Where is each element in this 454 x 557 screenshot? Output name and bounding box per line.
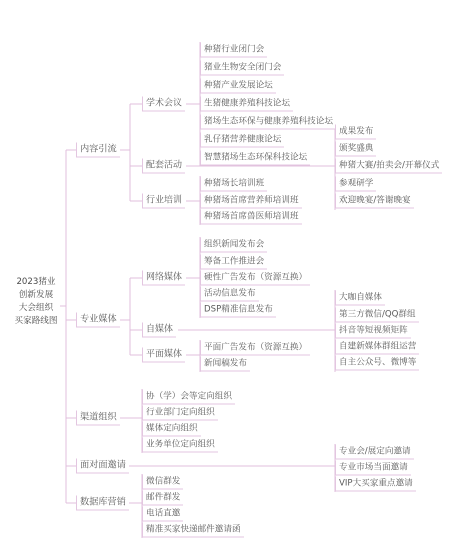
subbranch-print-media[interactable]: 平面媒体	[142, 348, 185, 363]
leaf-node[interactable]: 活动信息发布	[200, 287, 259, 302]
leaf-node[interactable]: 种猪行业闭门会	[200, 43, 267, 58]
subbranch-academic-conference[interactable]: 学术会议	[142, 97, 185, 112]
leaf-node[interactable]: 种猪产业发展论坛	[200, 79, 276, 94]
root-node: 2023猪业 创新发展 大会组织 买家路线图	[8, 276, 64, 328]
leaf-node[interactable]: 专业市场当面邀请	[335, 461, 411, 476]
leaf-node[interactable]: 平面广告发布（资源互换）	[200, 341, 310, 356]
leaf-node[interactable]: 精准买家快递邮件邀请函	[142, 523, 244, 538]
leaf-node[interactable]: 自建新媒体群组运营	[335, 340, 419, 355]
leaf-node[interactable]: 新闻稿发布	[200, 357, 250, 372]
leaf-node[interactable]: 种猪场首席营养师培训班	[200, 194, 302, 209]
branch-professional-media[interactable]: 专业媒体	[76, 313, 120, 328]
leaf-node[interactable]: 硬性广告发布（资源互换）	[200, 271, 310, 286]
branch-channel-organization[interactable]: 渠道组织	[76, 411, 120, 426]
branch-content-traffic[interactable]: 内容引流	[76, 143, 120, 158]
leaf-node[interactable]: VIP大买家重点邀请	[335, 477, 416, 492]
subbranch-online-media[interactable]: 网络媒体	[142, 271, 185, 286]
leaf-node[interactable]: 颁奖盛典	[335, 142, 376, 157]
leaf-node[interactable]: 参观研学	[335, 177, 376, 192]
leaf-node[interactable]: 业务单位定向组织	[142, 438, 218, 453]
mindmap-canvas: 2023猪业 创新发展 大会组织 买家路线图 内容引流 专业媒体 渠道组织 面对…	[0, 0, 454, 557]
root-line: 创新发展	[8, 289, 64, 302]
leaf-node[interactable]: 种猪大赛/拍卖会/开幕仪式	[335, 159, 442, 174]
leaf-node[interactable]: 邮件群发	[142, 491, 183, 506]
leaf-node[interactable]: 筹备工作推进会	[200, 255, 267, 270]
leaf-node[interactable]: 协（学）会等定向组织	[142, 390, 235, 405]
subbranch-self-media[interactable]: 自媒体	[142, 323, 176, 338]
leaf-node[interactable]: DSP精准信息发布	[200, 303, 276, 318]
leaf-node[interactable]: 智慧猪场生态环保科技论坛	[200, 151, 310, 166]
leaf-node[interactable]: 生猪健康养殖科技论坛	[200, 97, 293, 112]
leaf-node[interactable]: 微信群发	[142, 475, 183, 490]
root-line: 2023猪业	[8, 276, 64, 289]
root-line: 大会组织	[8, 302, 64, 315]
leaf-node[interactable]: 第三方微信/QQ群组	[335, 308, 419, 323]
leaf-node[interactable]: 猪业生物安全闭门会	[200, 61, 284, 76]
leaf-node[interactable]: 猪场生态环保与健康养殖科技论坛	[200, 115, 336, 130]
leaf-node[interactable]: 行业部门定向组织	[142, 406, 218, 421]
leaf-node[interactable]: 媒体定向组织	[142, 422, 201, 437]
leaf-node[interactable]: 抖音等短视频矩阵	[335, 324, 411, 339]
root-line: 买家路线图	[8, 315, 64, 328]
leaf-node[interactable]: 自主公众号、微博等	[335, 356, 419, 371]
leaf-node[interactable]: 电话直邀	[142, 507, 183, 522]
subbranch-industry-training[interactable]: 行业培训	[142, 194, 185, 209]
branch-face-to-face[interactable]: 面对面邀请	[76, 459, 129, 474]
leaf-node[interactable]: 成果发布	[335, 125, 376, 140]
leaf-node[interactable]: 乳仔猪营养健康论坛	[200, 133, 284, 148]
branch-database-marketing[interactable]: 数据库营销	[76, 496, 129, 511]
leaf-node[interactable]: 种猪场长培训班	[200, 177, 267, 192]
leaf-node[interactable]: 大咖自媒体	[335, 291, 385, 306]
leaf-node[interactable]: 组织新闻发布会	[200, 238, 267, 253]
leaf-node[interactable]: 种猪场首席兽医师培训班	[200, 210, 302, 225]
subbranch-supporting-activities[interactable]: 配套活动	[142, 159, 185, 174]
leaf-node[interactable]: 专业会/展定向邀请	[335, 445, 414, 460]
leaf-node[interactable]: 欢迎晚宴/答谢晚宴	[335, 194, 414, 209]
